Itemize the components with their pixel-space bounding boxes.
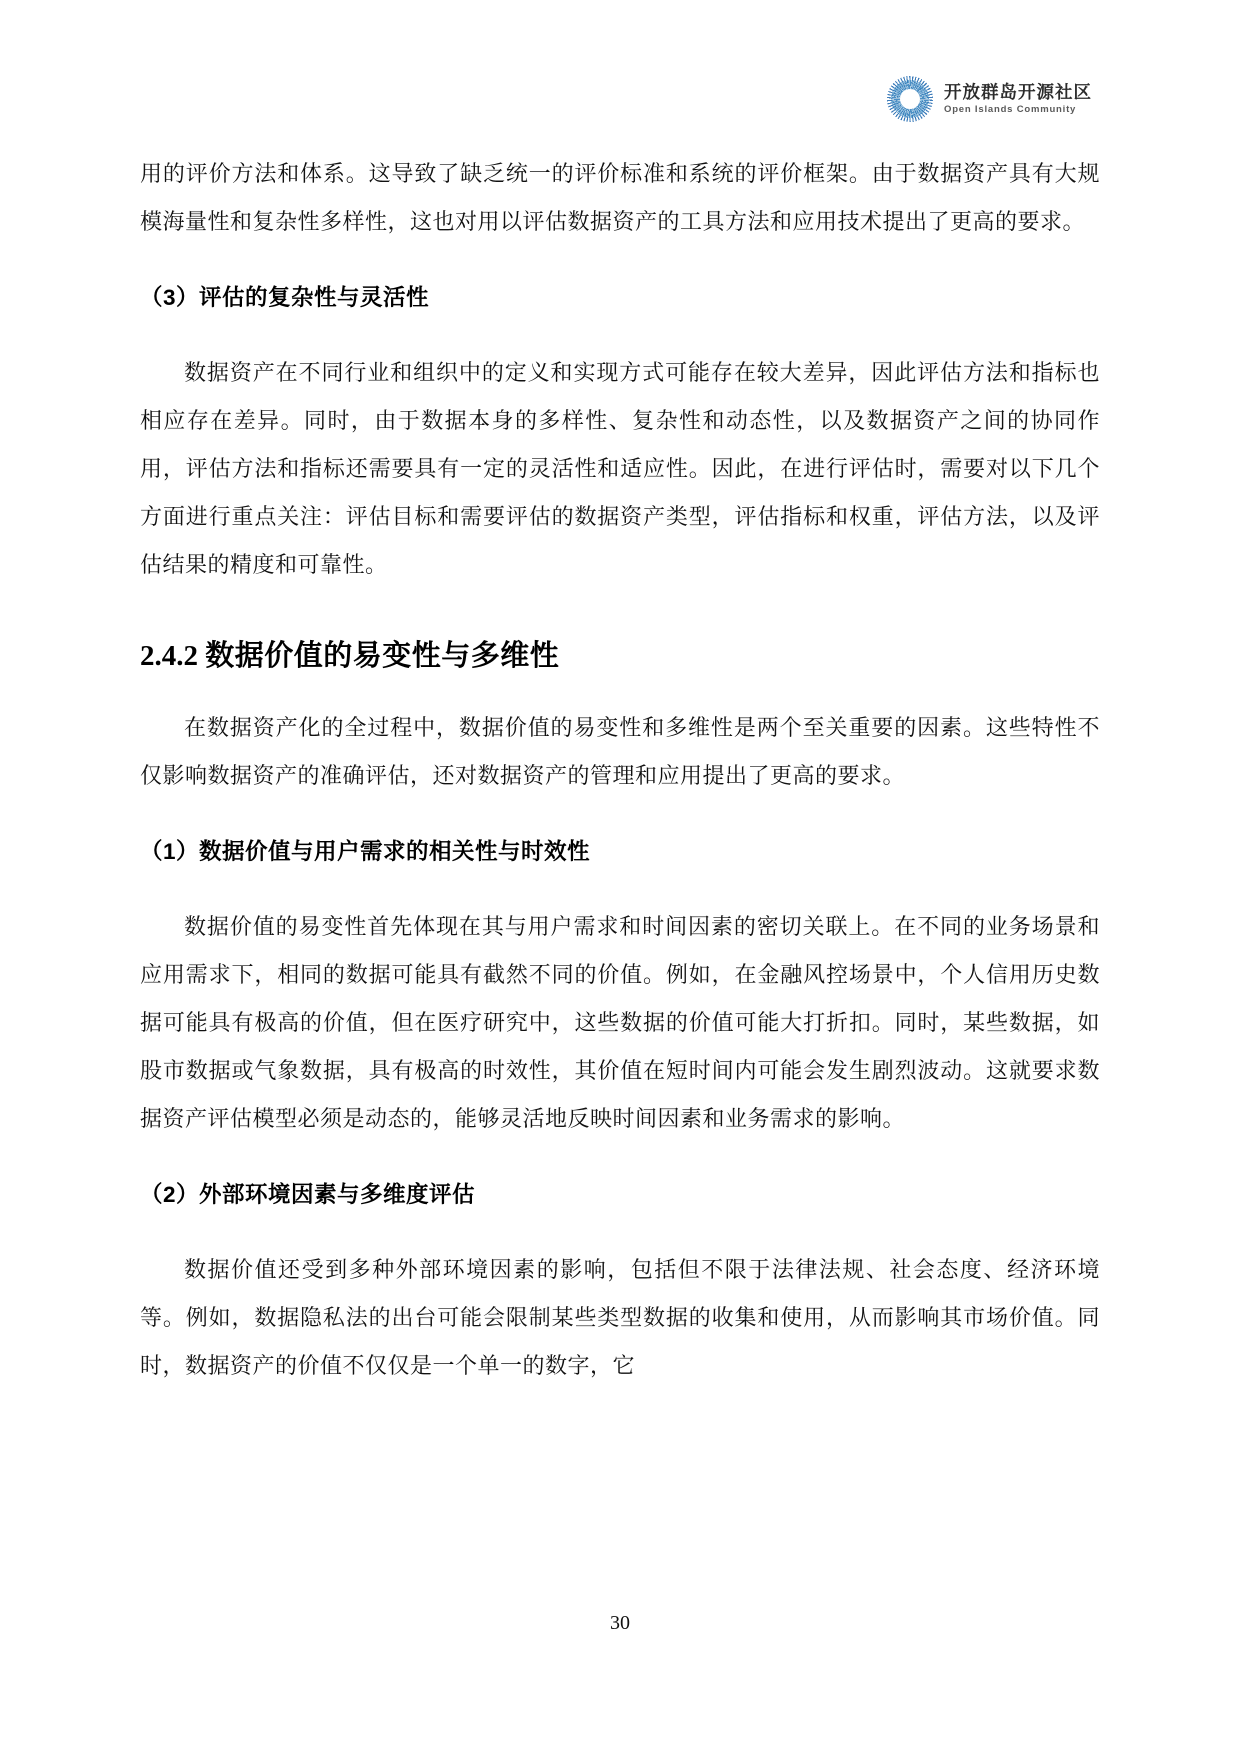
page-number: 30 bbox=[0, 1612, 1240, 1635]
paragraph: 数据价值还受到多种外部环境因素的影响，包括但不限于法律法规、社会态度、经济环境等… bbox=[140, 1246, 1100, 1390]
paragraph: 用的评价方法和体系。这导致了缺乏统一的评价标准和系统的评价框架。由于数据资产具有… bbox=[140, 150, 1100, 246]
paragraph: 在数据资产化的全过程中，数据价值的易变性和多维性是两个至关重要的因素。这些特性不… bbox=[140, 704, 1100, 800]
sub-heading: （3）评估的复杂性与灵活性 bbox=[140, 274, 1100, 322]
document-page: 开放群岛开源社区 Open Islands Community 用的评价方法和体… bbox=[0, 0, 1240, 1753]
document-body: 用的评价方法和体系。这导致了缺乏统一的评价标准和系统的评价框架。由于数据资产具有… bbox=[140, 150, 1100, 1390]
logo-title-zh: 开放群岛开源社区 bbox=[944, 82, 1092, 102]
logo-title-en: Open Islands Community bbox=[944, 105, 1092, 116]
sub-heading: （1）数据价值与用户需求的相关性与时效性 bbox=[140, 828, 1100, 876]
sub-heading: （2）外部环境因素与多维度评估 bbox=[140, 1171, 1100, 1219]
sunburst-icon bbox=[887, 76, 933, 122]
section-heading: 2.4.2 数据价值的易变性与多维性 bbox=[140, 630, 1100, 682]
section-number: 2.4.2 bbox=[140, 640, 205, 672]
logo-text: 开放群岛开源社区 Open Islands Community bbox=[944, 82, 1092, 116]
paragraph: 数据价值的易变性首先体现在其与用户需求和时间因素的密切关联上。在不同的业务场景和… bbox=[140, 903, 1100, 1143]
section-title: 数据价值的易变性与多维性 bbox=[205, 640, 559, 672]
header-logo: 开放群岛开源社区 Open Islands Community bbox=[887, 76, 1092, 122]
paragraph: 数据资产在不同行业和组织中的定义和实现方式可能存在较大差异，因此评估方法和指标也… bbox=[140, 349, 1100, 589]
